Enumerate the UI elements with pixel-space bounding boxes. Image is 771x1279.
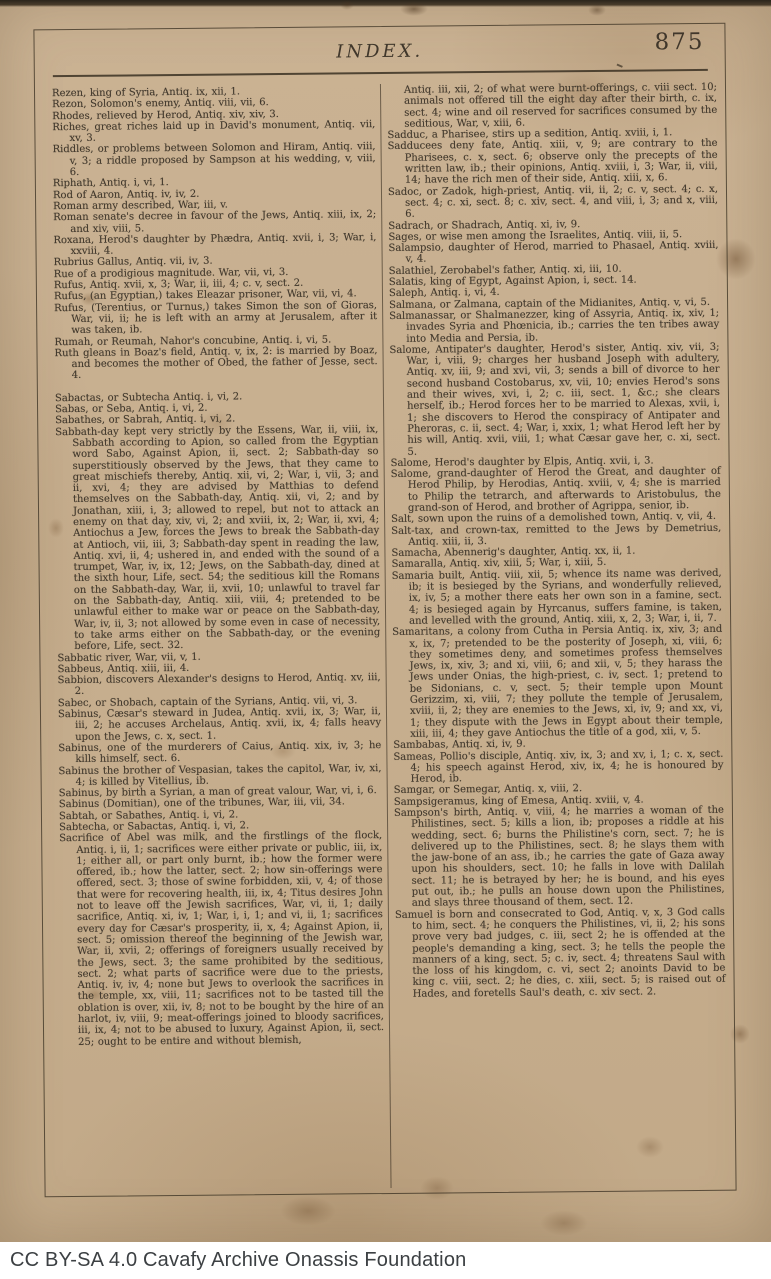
- index-entry: Sabbath-day kept very strictly by the Es…: [55, 424, 380, 653]
- index-entry: Sameas, Pollio's disciple, Antiq. xiv, i…: [393, 748, 723, 785]
- index-entry: Antiq. iii, xii, 2; of what were burnt-o…: [387, 82, 717, 130]
- index-entry: Samuel is born and consecrated to God, A…: [395, 906, 726, 1000]
- scanned-page: INDEX. 875 Rezen, king of Syria, Antiq. …: [0, 0, 771, 1242]
- index-entry: Riches, great riches laid up in David's …: [52, 119, 375, 145]
- index-column-left: Rezen, king of Syria, Antiq. ix, xii, 1.…: [52, 85, 384, 1048]
- index-entry: Sabinus, one of the murderers of Caius, …: [58, 740, 381, 766]
- index-entry: Ruth gleans in Boaz's field, Antiq. v, i…: [54, 345, 377, 382]
- index-entry: Samaritans, a colony from Cutha in Persi…: [392, 624, 723, 740]
- index-entry: Sabinus the brother of Vespasian, takes …: [58, 763, 381, 789]
- index-entry: Roman senate's decree in favour of the J…: [53, 209, 376, 235]
- index-entry: Sabinus, Cæsar's steward in Judea, Antiq…: [58, 706, 381, 743]
- index-entry: Sabbion, discovers Alexander's designs t…: [58, 672, 381, 698]
- index-entry: Sacrifice of Abel was milk, and the firs…: [59, 830, 384, 1048]
- index-entry: Sampson's birth, Antiq. v, viii, 4; he m…: [394, 805, 725, 910]
- page-scan-content: INDEX. 875 Rezen, king of Syria, Antiq. …: [0, 0, 771, 1246]
- index-entry: Salome, Antipater's daughter, Herod's si…: [389, 342, 720, 458]
- index-column-right: Antiq. iii, xii, 2; of what were burnt-o…: [387, 82, 726, 1000]
- index-entry: Samaria built, Antiq. viii, xii, 5; when…: [392, 568, 723, 628]
- page-number: 875: [654, 29, 704, 55]
- index-entry: Salt-tax, and crown-tax, remitted to the…: [391, 522, 721, 548]
- index-entry: Salmanassar, or Shalmanezzer, king of As…: [389, 308, 719, 345]
- index-entry: Rufus, (Terentius, or Turnus,) takes Sim…: [54, 300, 377, 337]
- attribution-text: CC BY-SA 4.0 Cavafy Archive Onassis Foun…: [0, 1249, 466, 1272]
- index-entry: Sadoc, or Zadok, high-priest, Antiq. vii…: [388, 183, 718, 220]
- index-entry: Sadducees deny fate, Antiq. xiii, v, 9; …: [388, 138, 718, 186]
- index-entry: Salampsio, daughter of Herod, married to…: [388, 240, 718, 266]
- index-entry: Riddles, or problems between Solomon and…: [53, 142, 376, 179]
- index-entry: Roxana, Herod's daughter by Phædra, Anti…: [53, 232, 376, 258]
- index-entry: Salome, grand-daughter of Herod the Grea…: [391, 466, 721, 514]
- attribution-bar: CC BY-SA 4.0 Cavafy Archive Onassis Foun…: [0, 1242, 771, 1279]
